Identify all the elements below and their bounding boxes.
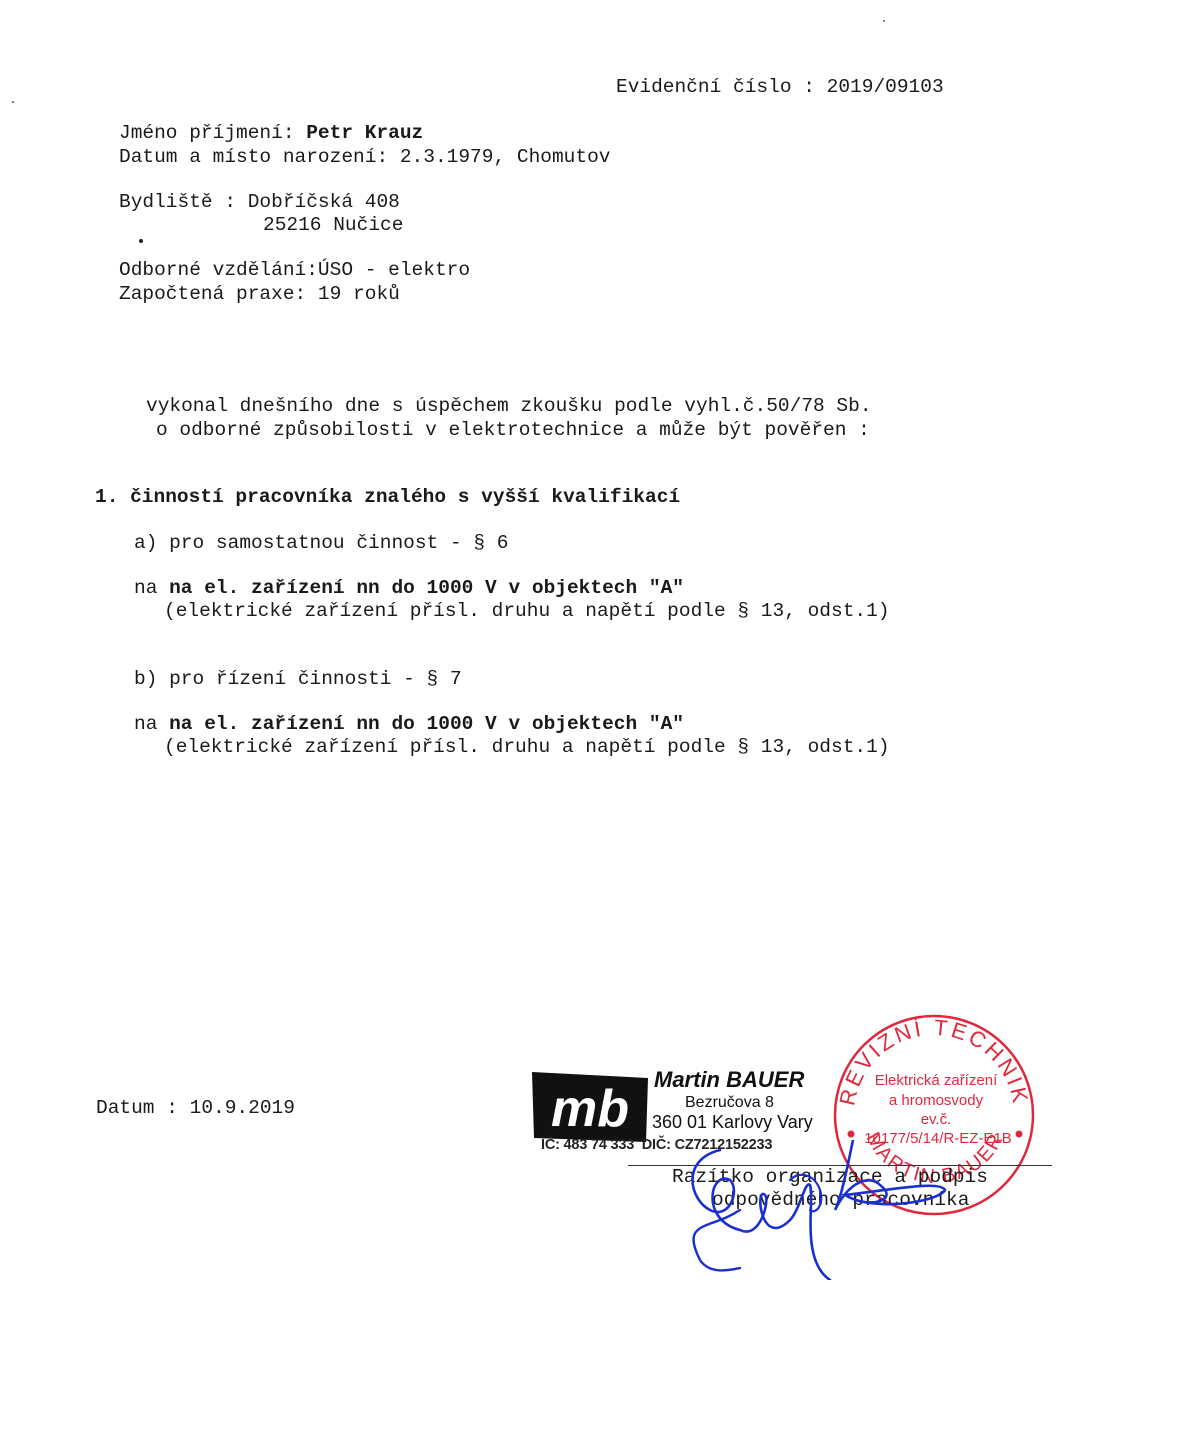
item-a-note: (elektrické zařízení přísl. druhu a napě… — [164, 600, 890, 623]
scan-speck — [883, 20, 885, 22]
item-b-note: (elektrické zařízení přísl. druhu a napě… — [164, 736, 890, 759]
address-city: 25216 Nučice — [263, 214, 403, 237]
date-line: Datum : 10.9.2019 — [96, 1097, 295, 1120]
scope-prefix: na — [134, 713, 169, 735]
bullet-dot — [139, 239, 143, 243]
education-line: Odborné vzdělání:ÚSO - elektro — [119, 259, 470, 282]
evidence-number: Evidenční číslo : 2019/09103 — [616, 76, 944, 99]
practice-line: Započtená praxe: 19 roků — [119, 283, 400, 306]
item-a-scope: na na el. zařízení nn do 1000 V v objekt… — [134, 577, 684, 600]
svg-text:mb: mb — [551, 1080, 629, 1138]
svg-text:Elektrická zařízení: Elektrická zařízení — [875, 1072, 998, 1089]
svg-text:10177/5/14/R-EZ-E1B: 10177/5/14/R-EZ-E1B — [864, 1130, 1012, 1147]
company-ids: IČ: 483 74 333 DIČ: CZ7212152233 — [541, 1137, 772, 1153]
birth-line: Datum a místo narození: 2.3.1979, Chomut… — [119, 146, 610, 169]
company-city: 360 01 Karlovy Vary — [652, 1112, 813, 1133]
name-value: Petr Krauz — [306, 122, 423, 144]
signature-caption-2: odpovědného pracovníka — [712, 1189, 969, 1212]
intro-line-2: o odborné způsobilosti v elektrotechnice… — [156, 419, 870, 442]
address-line: Bydliště : Dobříčská 408 — [119, 191, 400, 214]
company-name: Martin BAUER — [654, 1067, 804, 1093]
scope-bold: na el. zařízení nn do 1000 V v objektech… — [169, 713, 684, 735]
item-b-title: b) pro řízení činnosti - § 7 — [134, 668, 462, 691]
intro-line-1: vykonal dnešního dne s úspěchem zkoušku … — [146, 395, 872, 418]
person-name-line: Jméno příjmení: Petr Krauz — [119, 122, 423, 145]
svg-text:ev.č.: ev.č. — [921, 1111, 952, 1128]
svg-text:a hromosvody: a hromosvody — [889, 1092, 984, 1109]
name-label: Jméno příjmení: — [119, 122, 306, 144]
scan-speck — [12, 101, 14, 103]
scope-prefix: na — [134, 577, 169, 599]
item-b-scope: na na el. zařízení nn do 1000 V v objekt… — [134, 713, 684, 736]
mb-logo-icon: mb — [530, 1068, 650, 1146]
signature-caption-1: Razítko organizace a podpis — [672, 1166, 988, 1189]
scope-bold: na el. zařízení nn do 1000 V v objektech… — [169, 577, 684, 599]
company-street: Bezručova 8 — [685, 1094, 774, 1112]
section-1-title: 1. činností pracovníka znalého s vyšší k… — [95, 486, 680, 509]
item-a-title: a) pro samostatnou činnost - § 6 — [134, 532, 508, 555]
